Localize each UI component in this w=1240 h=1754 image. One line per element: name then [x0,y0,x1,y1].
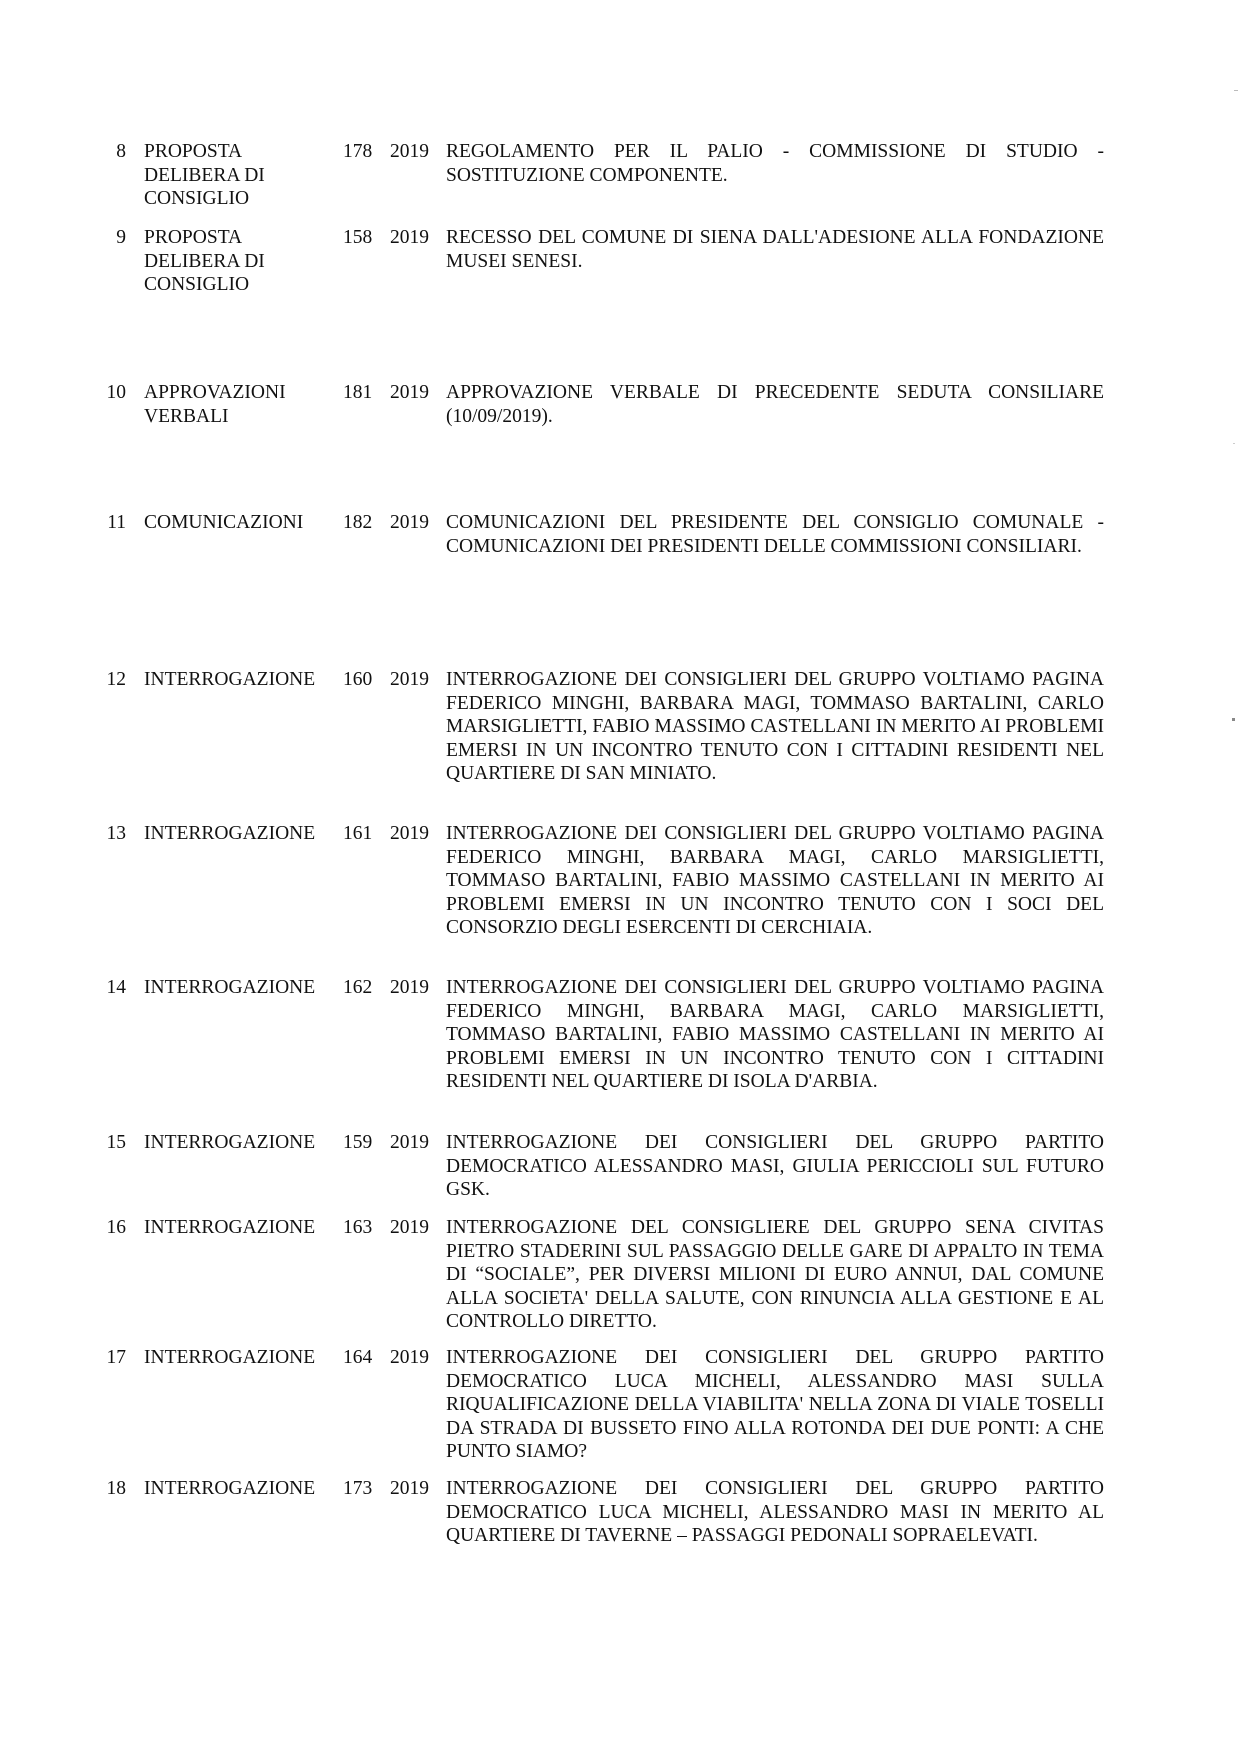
item-id: 173 [343,1477,383,1501]
item-id: 163 [343,1216,383,1240]
item-type: INTERROGAZIONE [144,976,344,1000]
item-type: INTERROGAZIONE [144,1131,344,1155]
item-number: 11 [100,511,126,535]
item-type: INTERROGAZIONE [144,1346,344,1370]
item-year: 2019 [390,1346,440,1370]
item-id: 164 [343,1346,383,1370]
item-type: INTERROGAZIONE [144,1477,344,1501]
item-id: 182 [343,511,383,535]
scan-speck [1233,443,1235,444]
item-id: 181 [343,381,383,405]
item-id: 161 [343,822,383,846]
item-description: INTERROGAZIONE DEI CONSIGLIERI DEL GRUPP… [446,976,1104,1094]
item-id: 159 [343,1131,383,1155]
item-year: 2019 [390,226,440,250]
item-number: 12 [100,668,126,692]
item-id: 158 [343,226,383,250]
item-id: 162 [343,976,383,1000]
item-type: PROPOSTA DELIBERA DI CONSIGLIO [144,140,329,211]
item-year: 2019 [390,140,440,164]
item-type: PROPOSTA DELIBERA DI CONSIGLIO [144,226,329,297]
item-type: INTERROGAZIONE [144,1216,344,1240]
item-year: 2019 [390,511,440,535]
item-year: 2019 [390,1477,440,1501]
item-number: 18 [100,1477,126,1501]
item-type: COMUNICAZIONI [144,511,344,535]
item-year: 2019 [390,1216,440,1240]
scan-speck [1234,90,1238,91]
item-number: 9 [100,226,126,250]
item-description: INTERROGAZIONE DEI CONSIGLIERI DEL GRUPP… [446,1131,1104,1202]
item-number: 17 [100,1346,126,1370]
item-year: 2019 [390,381,440,405]
item-year: 2019 [390,822,440,846]
item-type: APPROVAZIONI VERBALI [144,381,329,428]
item-year: 2019 [390,976,440,1000]
item-number: 10 [100,381,126,405]
item-number: 8 [100,140,126,164]
item-description: APPROVAZIONE VERBALE DI PRECEDENTE SEDUT… [446,381,1104,428]
item-description: INTERROGAZIONE DEI CONSIGLIERI DEL GRUPP… [446,668,1104,786]
item-number: 13 [100,822,126,846]
item-description: INTERROGAZIONE DEI CONSIGLIERI DEL GRUPP… [446,1477,1104,1548]
item-id: 160 [343,668,383,692]
item-description: RECESSO DEL COMUNE DI SIENA DALL'ADESION… [446,226,1104,273]
item-description: INTERROGAZIONE DEI CONSIGLIERI DEL GRUPP… [446,822,1104,940]
document-page: 8 PROPOSTA DELIBERA DI CONSIGLIO 178 201… [0,0,1240,1754]
item-description: REGOLAMENTO PER IL PALIO - COMMISSIONE D… [446,140,1104,187]
item-number: 16 [100,1216,126,1240]
item-description: INTERROGAZIONE DEI CONSIGLIERI DEL GRUPP… [446,1346,1104,1464]
item-id: 178 [343,140,383,164]
item-year: 2019 [390,668,440,692]
item-description: INTERROGAZIONE DEL CONSIGLIERE DEL GRUPP… [446,1216,1104,1334]
item-year: 2019 [390,1131,440,1155]
item-number: 14 [100,976,126,1000]
scan-speck [1232,718,1235,721]
item-number: 15 [100,1131,126,1155]
item-description: COMUNICAZIONI DEL PRESIDENTE DEL CONSIGL… [446,511,1104,558]
item-type: INTERROGAZIONE [144,668,344,692]
item-type: INTERROGAZIONE [144,822,344,846]
